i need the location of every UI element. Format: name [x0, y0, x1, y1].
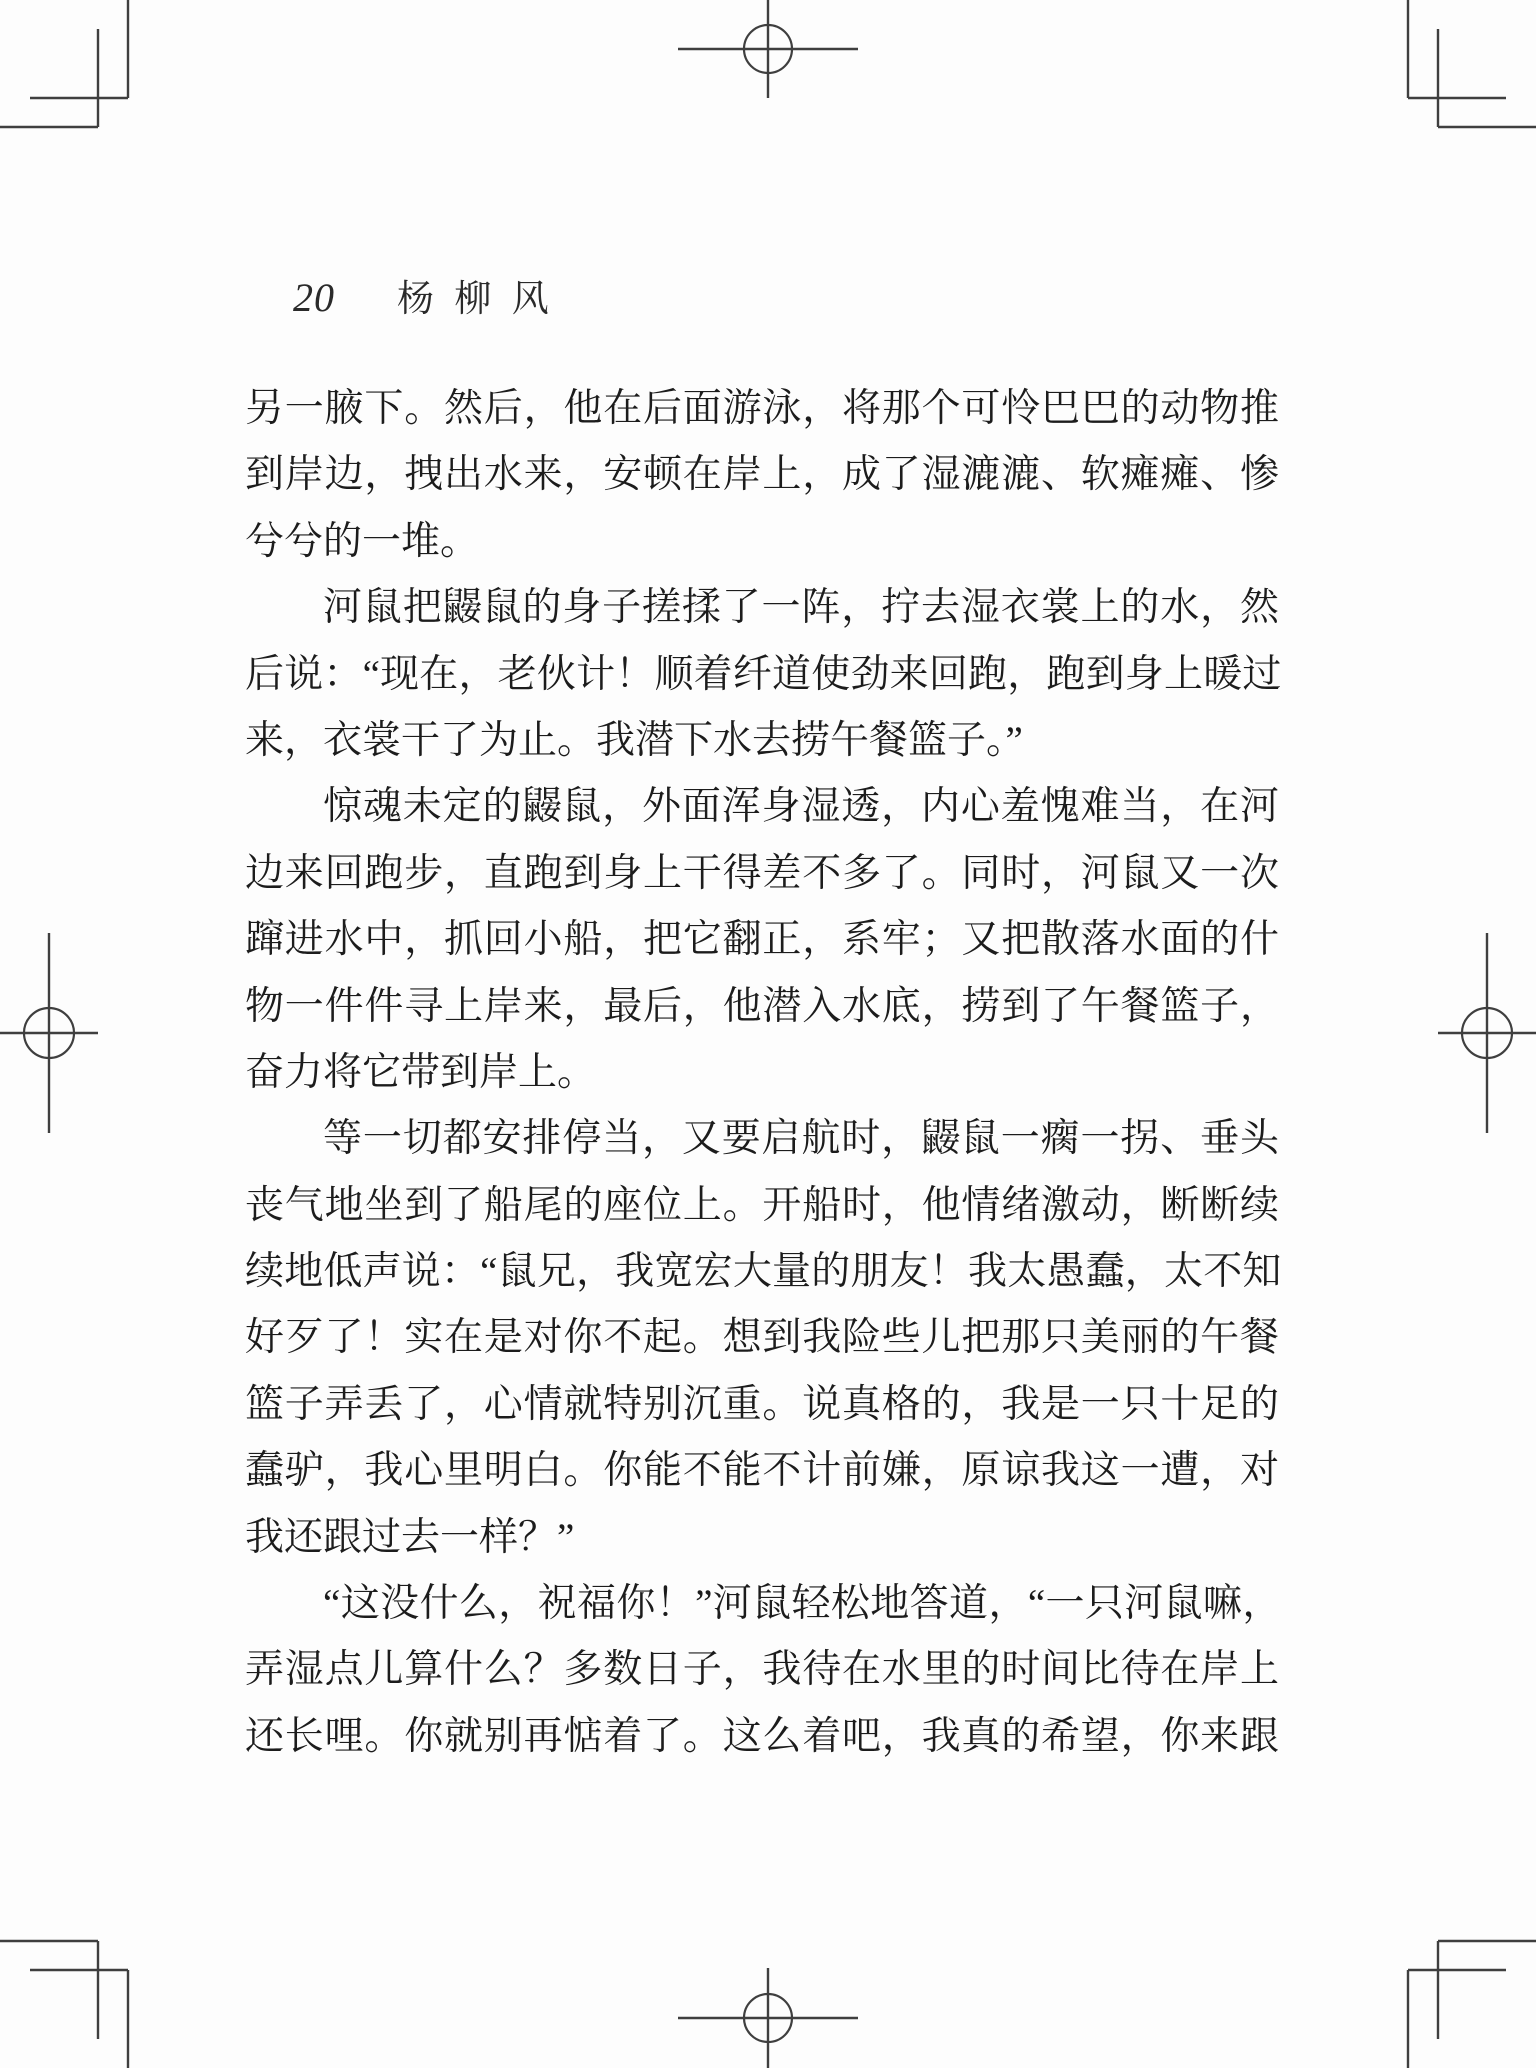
text-line: 后说：“现在，老伙计！顺着纤道使劲来回跑，跑到身上暖过 — [245, 642, 1279, 708]
running-header: 20 杨柳风 — [293, 268, 569, 322]
text-line: 奋力将它带到岸上。 — [245, 1040, 1279, 1106]
corner-crop-mark-top-left — [0, 0, 128, 127]
text-line: 丧气地坐到了船尾的座位上。开船时，他情绪激动，断断续 — [245, 1173, 1279, 1239]
corner-crop-mark-bottom-left — [0, 1941, 128, 2068]
text-line: 另一腋下。然后，他在后面游泳，将那个可怜巴巴的动物推 — [245, 376, 1279, 442]
text-line: 还长哩。你就别再惦着了。这么着吧，我真的希望，你来跟 — [245, 1704, 1279, 1770]
registration-mark-right-middle — [1438, 933, 1536, 1133]
registration-mark-bottom-center — [678, 1968, 858, 2068]
book-page: 20 杨柳风 另一腋下。然后，他在后面游泳，将那个可怜巴巴的动物推 到岸边，拽出… — [0, 0, 1536, 2068]
text-line: 弄湿点儿算什么？多数日子，我待在水里的时间比待在岸上 — [245, 1637, 1279, 1703]
book-title: 杨柳风 — [397, 268, 569, 322]
text-line: 河鼠把鼹鼠的身子搓揉了一阵，拧去湿衣裳上的水，然 — [245, 575, 1279, 641]
text-line: 续地低声说：“鼠兄，我宽宏大量的朋友！我太愚蠢，太不知 — [245, 1239, 1279, 1305]
text-line: 蠢驴，我心里明白。你能不能不计前嫌，原谅我这一遭，对 — [245, 1438, 1279, 1504]
text-line: 等一切都安排停当，又要启航时，鼹鼠一瘸一拐、垂头 — [245, 1106, 1279, 1172]
text-line: 兮兮的一堆。 — [245, 509, 1279, 575]
text-line: 篮子弄丢了，心情就特别沉重。说真格的，我是一只十足的 — [245, 1372, 1279, 1438]
registration-mark-top-center — [678, 0, 858, 98]
registration-mark-left-middle — [0, 933, 98, 1133]
text-line: 边来回跑步，直跑到身上干得差不多了。同时，河鼠又一次 — [245, 841, 1279, 907]
corner-crop-mark-bottom-right — [1408, 1941, 1536, 2068]
page-number: 20 — [293, 274, 335, 321]
text-line: 到岸边，拽出水来，安顿在岸上，成了湿漉漉、软瘫瘫、惨 — [245, 442, 1279, 508]
text-line: 我还跟过去一样？” — [245, 1505, 1279, 1571]
body-text: 另一腋下。然后，他在后面游泳，将那个可怜巴巴的动物推 到岸边，拽出水来，安顿在岸… — [245, 376, 1279, 1770]
corner-crop-mark-top-right — [1408, 0, 1536, 127]
text-line: 蹿进水中，抓回小船，把它翻正，系牢；又把散落水面的什 — [245, 907, 1279, 973]
text-line: 来，衣裳干了为止。我潜下水去捞午餐篮子。” — [245, 708, 1279, 774]
text-line: 好歹了！实在是对你不起。想到我险些儿把那只美丽的午餐 — [245, 1305, 1279, 1371]
text-line: 惊魂未定的鼹鼠，外面浑身湿透，内心羞愧难当，在河 — [245, 774, 1279, 840]
text-line: 物一件件寻上岸来，最后，他潜入水底，捞到了午餐篮子， — [245, 974, 1279, 1040]
text-line: “这没什么，祝福你！”河鼠轻松地答道，“一只河鼠嘛， — [245, 1571, 1279, 1637]
